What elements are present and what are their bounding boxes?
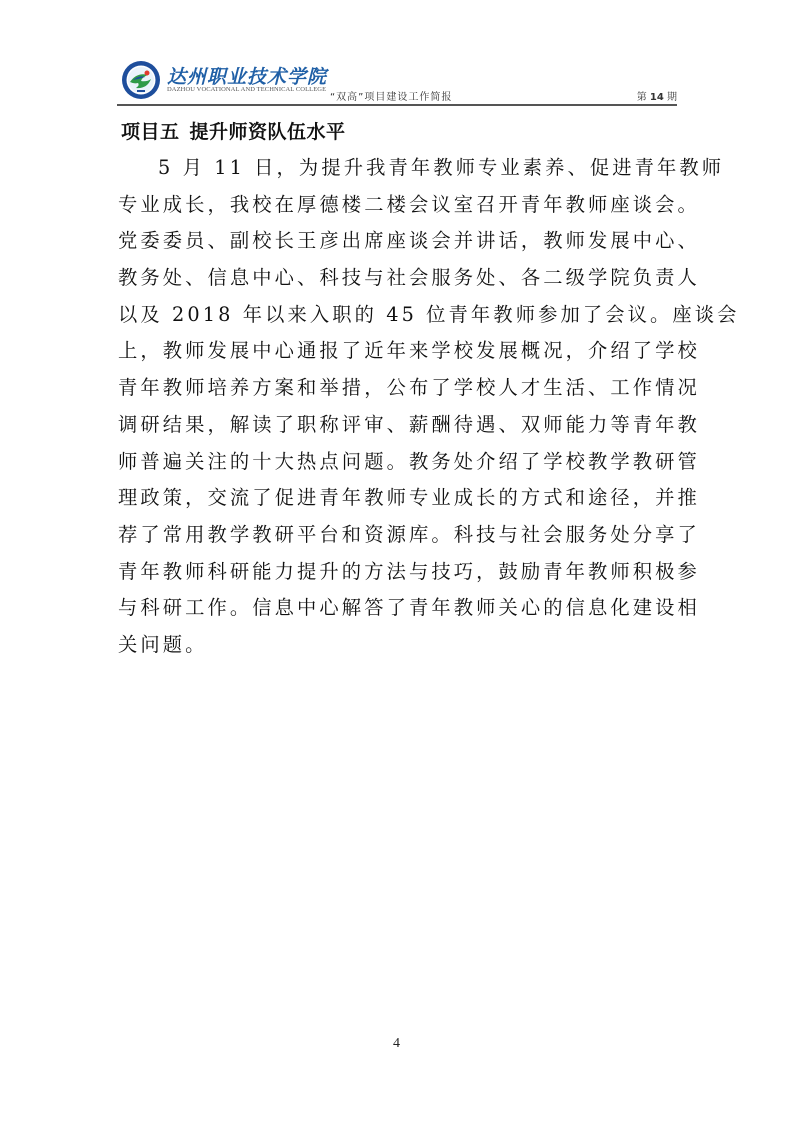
section-title: 项目五提升师资队伍水平 (121, 117, 346, 144)
body-line: 调研结果，解读了职称评审、薪酬待遇、双师能力等青年教 (118, 407, 678, 444)
college-emblem-icon (121, 60, 161, 100)
issue-prefix: 第 (637, 92, 647, 103)
page-header: 达州职业技术学院 DAZHOU VOCATIONAL AND TECHNICAL… (117, 58, 677, 106)
section-title-main: 提升师资队伍水平 (190, 121, 346, 143)
page-number: 4 (0, 1036, 793, 1052)
college-name-en: DAZHOU VOCATIONAL AND TECHNICAL COLLEGE (167, 86, 326, 93)
body-line: 专业成长，我校在厚德楼二楼会议室召开青年教师座谈会。 (118, 187, 678, 224)
body-line: 5 月 11 日，为提升我青年教师专业素养、促进青年教师 (118, 150, 678, 187)
body-line: 与科研工作。信息中心解答了青年教师关心的信息化建设相 (118, 590, 678, 627)
college-name-cn: 达州职业技术学院 (167, 62, 327, 89)
body-line: 理政策，交流了促进青年教师专业成长的方式和途径，并推 (118, 480, 678, 517)
body-line: 青年教师培养方案和举措，公布了学校人才生活、工作情况 (118, 370, 678, 407)
document-title: “双高”项目建设工作简报 (330, 88, 452, 103)
header-divider (117, 104, 677, 106)
body-line: 以及 2018 年以来入职的 45 位青年教师参加了会议。座谈会 (118, 297, 678, 334)
body-line: 青年教师科研能力提升的方法与技巧，鼓励青年教师积极参 (118, 554, 678, 591)
body-line: 关问题。 (118, 627, 678, 664)
body-line: 师普遍关注的十大热点问题。教务处介绍了学校教学教研管 (118, 444, 678, 481)
issue-number: 14 (650, 92, 664, 103)
section-title-prefix: 项目五 (121, 121, 180, 143)
issue-label: 第 14 期 (637, 88, 677, 103)
issue-suffix: 期 (667, 92, 677, 103)
body-line: 上，教师发展中心通报了近年来学校发展概况，介绍了学校 (118, 333, 678, 370)
article-body: 5 月 11 日，为提升我青年教师专业素养、促进青年教师 专业成长，我校在厚德楼… (118, 150, 678, 664)
body-line: 荐了常用教学教研平台和资源库。科技与社会服务处分享了 (118, 517, 678, 554)
body-line: 党委委员、副校长王彦出席座谈会并讲话，教师发展中心、 (118, 223, 678, 260)
body-line: 教务处、信息中心、科技与社会服务处、各二级学院负责人 (118, 260, 678, 297)
